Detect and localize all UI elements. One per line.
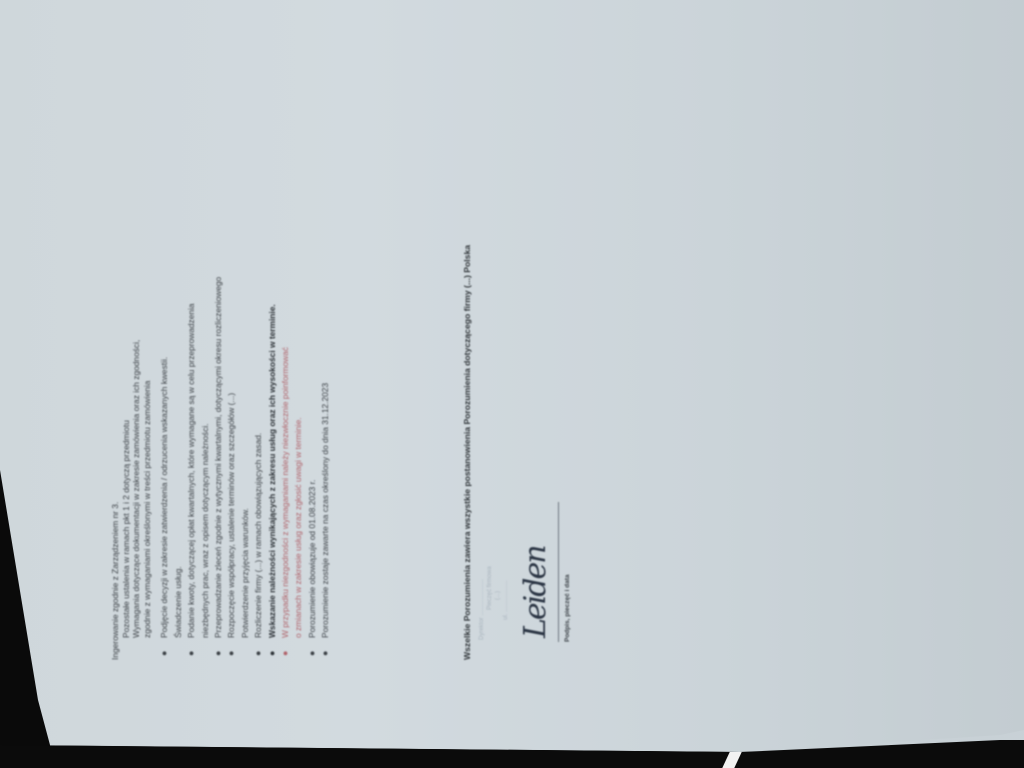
list-item: ●Podanie kwoty, dotyczącej opłat kwartal… bbox=[185, 100, 212, 660]
bullet-icon: ● bbox=[252, 651, 265, 656]
list-item-text: Rozpoczęcie współpracy, ustalenie termin… bbox=[225, 100, 238, 638]
list-item-text: Podjęcie decyzji w zakresie zatwierdzeni… bbox=[158, 100, 171, 638]
list-item: ●Porozumienie obowiązuje od 01.08.2023 r… bbox=[306, 100, 319, 660]
stamp-line: (...) bbox=[494, 440, 502, 640]
signature-block: Dyrektor ...................... Pieczęć … bbox=[478, 420, 588, 660]
intro-line: Pozostałe ustalenia w ramach pkt 1 i 2 d… bbox=[121, 100, 132, 660]
bullet-list: ●Podjęcie decyzji w zakresie zatwierdzen… bbox=[158, 100, 332, 660]
intro-line: zgodnie z wymaganiami określonymi w treś… bbox=[142, 100, 153, 660]
list-item: ●Podjęcie decyzji w zakresie zatwierdzen… bbox=[158, 100, 185, 660]
list-item-text: Przeprowadzanie zleceń zgodnie z wytyczn… bbox=[212, 100, 225, 638]
intro-line: Wymagania dotyczące dokumentacji w zakre… bbox=[131, 100, 142, 660]
list-item: ●Wskazanie należności wynikających z zak… bbox=[266, 100, 279, 660]
list-item-text: Porozumienie zostaje zawarte na czas okr… bbox=[319, 100, 332, 638]
signature-line bbox=[558, 502, 559, 642]
list-item-text: Wskazanie należności wynikających z zakr… bbox=[266, 100, 279, 638]
signature-caption: Podpis, pieczęć i data bbox=[564, 574, 571, 642]
list-item-text: Świadczenie usług. bbox=[172, 100, 185, 638]
bullet-icon: ● bbox=[158, 651, 171, 656]
closing-statement: Wszelkie Porozumienia zawiera wszystkie … bbox=[462, 245, 472, 660]
document-content: Ingerowanie zgodnie z Zarządzeniem nr 3.… bbox=[110, 100, 580, 660]
list-item-text: Podanie kwoty, dotyczącej opłat kwartaln… bbox=[185, 100, 198, 638]
bullet-icon: ● bbox=[185, 651, 198, 656]
stamp-line: Dyrektor ...................... bbox=[478, 440, 486, 640]
list-item-text: o zmianach w zakresie usług oraz zgłosić… bbox=[292, 100, 305, 638]
bullet-icon: ● bbox=[279, 651, 292, 656]
bullet-icon: ● bbox=[212, 651, 225, 656]
list-item-text: niezbędnych prac, wraz z opisem dotycząc… bbox=[199, 100, 212, 638]
intro-paragraph: Ingerowanie zgodnie z Zarządzeniem nr 3.… bbox=[110, 100, 152, 660]
company-stamp: Dyrektor ...................... Pieczęć … bbox=[478, 440, 510, 640]
bullet-icon: ● bbox=[306, 651, 319, 656]
list-item: ●Porozumienie zostaje zawarte na czas ok… bbox=[319, 100, 332, 660]
list-item: ●Rozliczenie firmy (...) w ramach obowią… bbox=[252, 100, 265, 660]
handwritten-signature: Leiden bbox=[518, 546, 553, 638]
list-item: ●Rozpoczęcie współpracy, ustalenie termi… bbox=[225, 100, 252, 660]
list-item-text: Rozliczenie firmy (...) w ramach obowiąz… bbox=[252, 100, 265, 638]
list-item: ●Przeprowadzanie zleceń zgodnie z wytycz… bbox=[212, 100, 225, 660]
intro-line: Ingerowanie zgodnie z Zarządzeniem nr 3. bbox=[110, 100, 121, 660]
list-item-highlighted: ●W przypadku niezgodności z wymaganiami … bbox=[279, 100, 306, 660]
bullet-icon: ● bbox=[225, 651, 238, 656]
bullet-icon: ● bbox=[319, 651, 332, 656]
stamp-line: ul. ................... bbox=[502, 440, 510, 640]
list-item-text: W przypadku niezgodności z wymaganiami n… bbox=[279, 100, 292, 638]
bullet-icon: ● bbox=[266, 651, 279, 656]
paper-sheet: Ingerowanie zgodnie z Zarządzeniem nr 3.… bbox=[0, 0, 1024, 768]
list-item-text: Potwierdzenie przyjęcia warunków. bbox=[239, 100, 252, 638]
list-item-text: Porozumienie obowiązuje od 01.08.2023 r. bbox=[306, 100, 319, 638]
document-photo: Ingerowanie zgodnie z Zarządzeniem nr 3.… bbox=[0, 0, 1024, 768]
stamp-line: Pieczęć firmowa bbox=[486, 440, 494, 640]
